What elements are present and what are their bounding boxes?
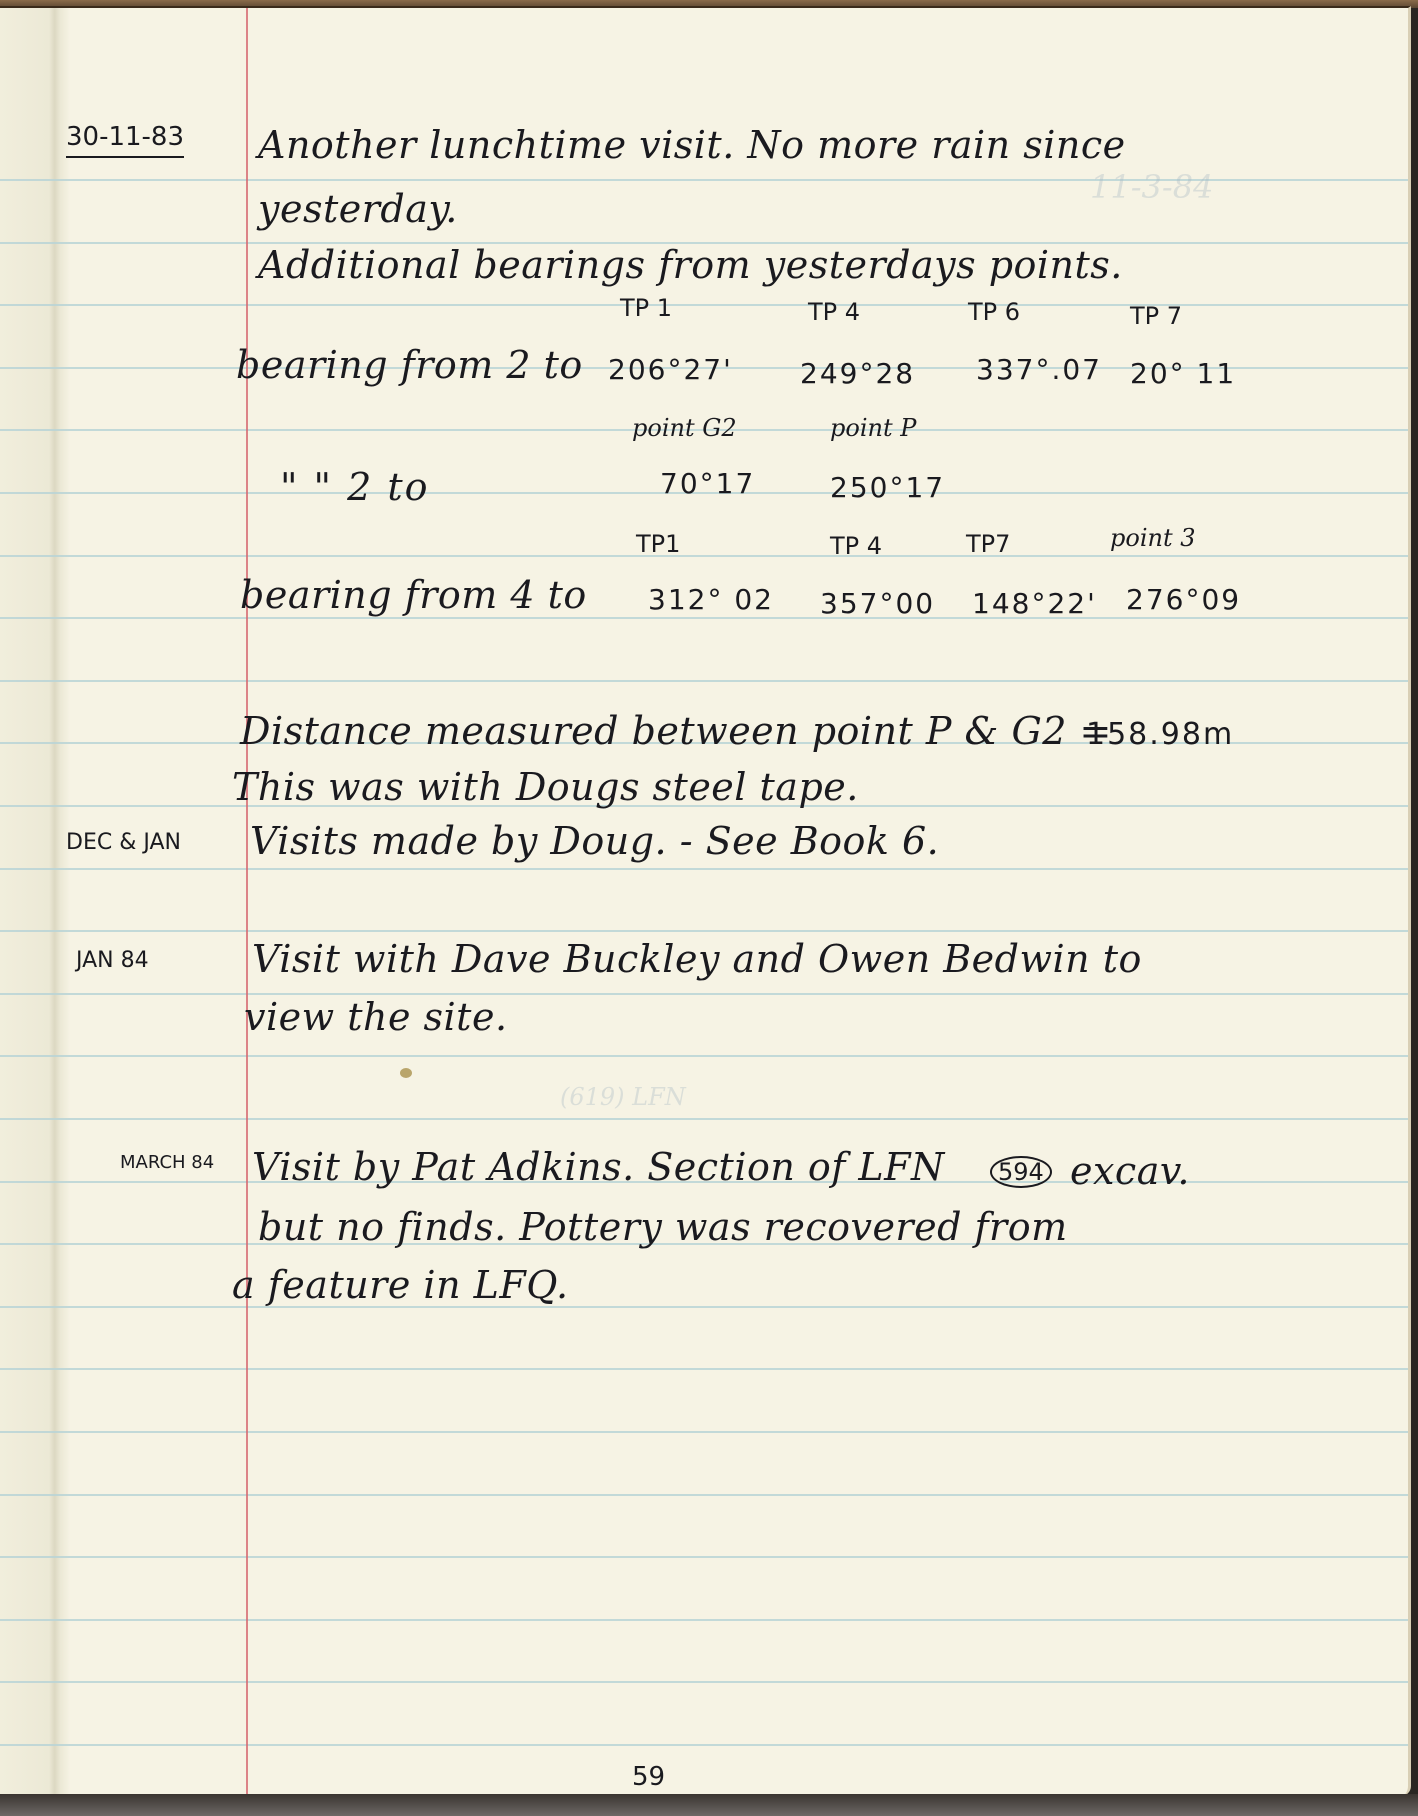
bearing-target: TP1 [636,532,680,556]
bearing-target: TP 6 [968,300,1020,324]
bearing-label: " " 2 to [280,468,430,506]
bearing-target: point 3 [1110,526,1196,550]
red-margin-line [246,8,248,1796]
bleed-through-text: 11-3-84 [1090,168,1213,206]
entry-text-line: but no finds. Pottery was recovered from [258,1208,1068,1246]
bearing-value: 70°17 [660,470,755,498]
circled-feature-number: 594 [990,1156,1052,1188]
bearing-value: 249°28 [800,360,915,388]
book-edge-shadow [0,1794,1418,1816]
entry-text-line: Visits made by Doug. - See Book 6. [250,822,939,860]
bearing-target: TP 1 [620,296,672,320]
page-number: 59 [632,1764,665,1790]
bleed-through-text: (619) LFN [560,1083,686,1111]
ruled-line [0,1556,1408,1558]
bearing-target: TP 4 [808,300,860,324]
bearing-target: TP7 [966,532,1010,556]
bearing-target: point P [830,416,916,440]
ruled-line [0,1118,1408,1120]
ruled-line [0,1494,1408,1496]
ruled-line [0,304,1408,306]
notebook-page: 11-3-84 (619) LFN 30-11-83 Another lunch… [0,6,1411,1796]
distance-note: This was with Dougs steel tape. [232,768,859,806]
ruled-line [0,680,1408,682]
bearing-value: 148°22' [972,590,1097,618]
bearing-label: bearing from 2 to [236,346,583,384]
entry-date: MARCH 84 [120,1154,214,1172]
ruled-line [0,930,1408,932]
ruled-line [0,1681,1408,1683]
entry-text-line: excav. [1070,1152,1190,1190]
ruled-line [0,1744,1408,1746]
bearing-target: TP 4 [830,534,882,558]
entry-text-line: Another lunchtime visit. No more rain si… [258,126,1126,164]
ruled-line [0,555,1408,557]
binding-gutter [0,8,70,1796]
distance-value: 158.98m [1086,720,1234,750]
ruled-line [0,1055,1408,1057]
entry-date: DEC & JAN [66,832,181,854]
bearing-value: 337°.07 [976,356,1102,384]
bearing-value: 206°27' [608,356,733,384]
entry-text-line: view the site. [244,998,508,1036]
distance-line: Distance measured between point P & G2 = [240,712,1112,750]
ruled-line [0,1431,1408,1433]
entry-date: JAN 84 [76,950,149,972]
entry-date: 30-11-83 [66,124,184,158]
bearing-value: 276°09 [1126,586,1241,614]
entry-text-line: Additional bearings from yesterdays poin… [258,246,1123,284]
bearing-value: 250°17 [830,474,945,502]
bearing-value: 357°00 [820,590,935,618]
bearing-target: point G2 [632,416,737,440]
paper-stain [400,1068,412,1078]
ruled-line [0,1619,1408,1621]
entry-text-line: Visit by Pat Adkins. Section of LFN [252,1148,945,1186]
entry-text-line: Visit with Dave Buckley and Owen Bedwin … [252,940,1142,978]
bearing-target: TP 7 [1130,304,1182,328]
ruled-line [0,1306,1408,1308]
ruled-line [0,1368,1408,1370]
bearing-value: 20° 11 [1130,360,1236,388]
ruled-line [0,868,1408,870]
ruled-line [0,993,1408,995]
entry-text-line: a feature in LFQ. [232,1266,569,1304]
bearing-value: 312° 02 [648,586,774,614]
entry-text-line: yesterday. [258,190,458,228]
bearing-label: bearing from 4 to [240,576,587,614]
ruled-line [0,617,1408,619]
